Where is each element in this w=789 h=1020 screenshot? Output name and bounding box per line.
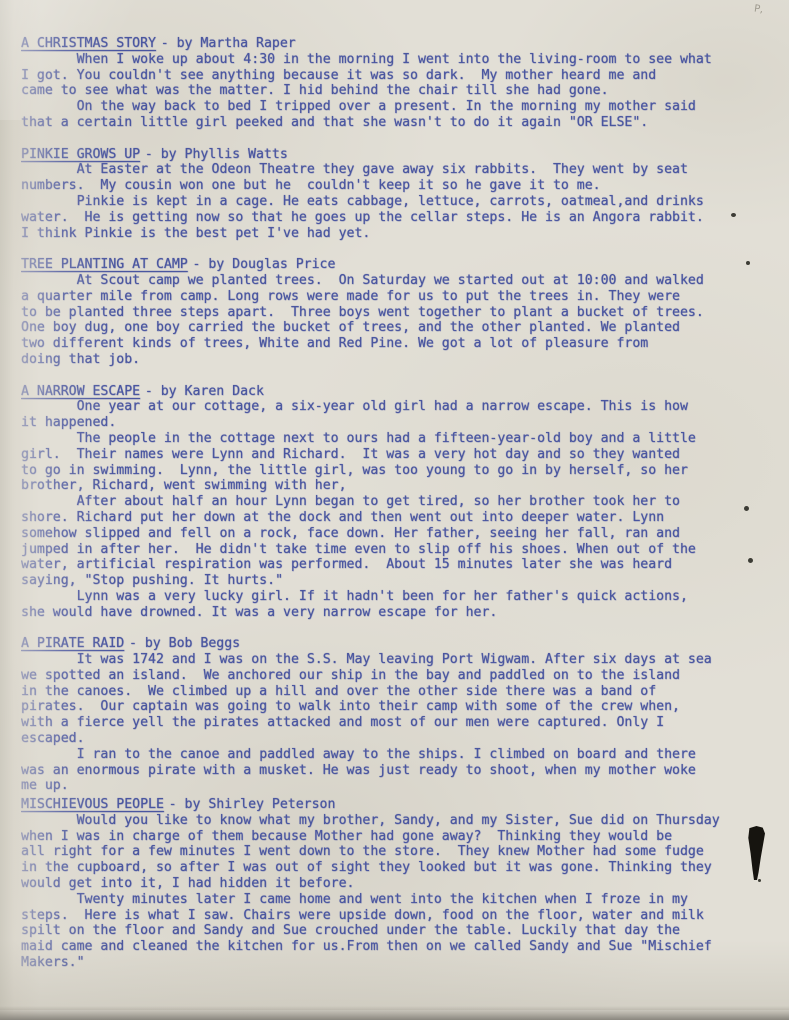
story-byline: - by Phyllis Watts	[145, 147, 288, 162]
story-title: MISCHIEVOUS PEOPLE	[21, 797, 164, 812]
story-title: PINKIE GROWS UP	[21, 147, 140, 162]
story-title: TREE PLANTING AT CAMP	[21, 257, 188, 272]
stories-column: A CHRISTMAS STORY- by Martha Raper When …	[21, 36, 769, 971]
ink-dot	[758, 879, 761, 882]
story-title: A NARROW ESCAPE	[21, 384, 140, 399]
story-byline: - by Douglas Price	[192, 257, 335, 272]
story-heading: TREE PLANTING AT CAMP- by Douglas Price	[21, 257, 769, 273]
story-body: Would you like to know what my brother, …	[21, 813, 769, 971]
story-byline: - by Bob Beggs	[129, 636, 240, 651]
story-title: A CHRISTMAS STORY	[21, 36, 156, 51]
page-edge-shadow	[0, 1006, 789, 1020]
story-heading: MISCHIEVOUS PEOPLE- by Shirley Peterson	[21, 797, 769, 813]
story-heading: A PIRATE RAID- by Bob Beggs	[21, 636, 769, 652]
story-body: At Easter at the Odeon Theatre they gave…	[21, 162, 769, 241]
story-body: It was 1742 and I was on the S.S. May le…	[21, 652, 769, 794]
story-heading: PINKIE GROWS UP- by Phyllis Watts	[21, 147, 769, 163]
pencil-note: P,	[753, 3, 764, 15]
ink-dot	[731, 213, 736, 217]
story-a-narrow-escape: A NARROW ESCAPE- by Karen Dack One year …	[21, 384, 769, 621]
ink-dot	[744, 506, 749, 511]
scanned-document-page: P, A CHRISTMAS STORY- by Martha Raper Wh…	[0, 0, 789, 1020]
story-a-pirate-raid: A PIRATE RAID- by Bob Beggs It was 1742 …	[21, 636, 769, 794]
story-body: One year at our cottage, a six-year old …	[21, 399, 769, 620]
ink-dot	[746, 261, 750, 265]
story-a-christmas-story: A CHRISTMAS STORY- by Martha Raper When …	[21, 36, 769, 131]
story-body: When I woke up about 4:30 in the morning…	[21, 52, 769, 131]
story-body: At Scout camp we planted trees. On Satur…	[21, 273, 769, 368]
story-tree-planting-at-camp: TREE PLANTING AT CAMP- by Douglas Price …	[21, 257, 769, 368]
story-pinkie-grows-up: PINKIE GROWS UP- by Phyllis Watts At Eas…	[21, 147, 769, 242]
story-heading: A CHRISTMAS STORY- by Martha Raper	[21, 36, 769, 52]
story-title: A PIRATE RAID	[21, 636, 124, 651]
story-byline: - by Shirley Peterson	[169, 797, 336, 812]
story-mischievous-people: MISCHIEVOUS PEOPLE- by Shirley Peterson …	[21, 797, 769, 971]
story-heading: A NARROW ESCAPE- by Karen Dack	[21, 384, 769, 400]
story-byline: - by Martha Raper	[161, 36, 296, 51]
story-byline: - by Karen Dack	[145, 384, 264, 399]
ink-dot	[748, 558, 753, 563]
